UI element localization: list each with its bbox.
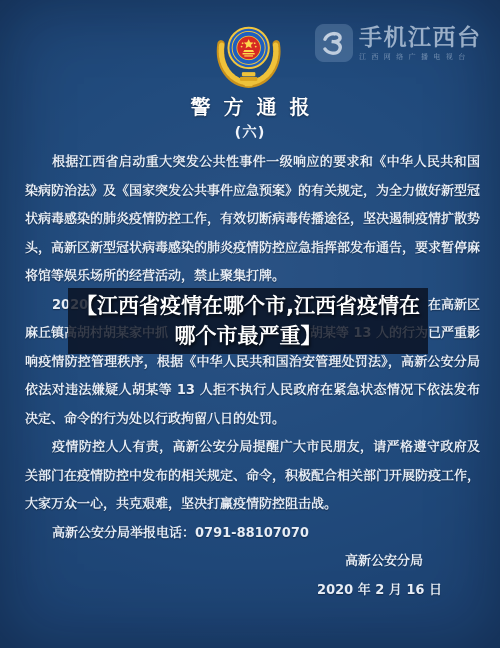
police-notice-image: 手机江西台 江西网络广播电视台 警方通报 (六) 根据江西省启动重大突发公共性事… bbox=[0, 0, 500, 648]
notice-line: 决定、命令的行为处以行政拘留八日的处罚。 bbox=[25, 406, 480, 435]
notice-line: 2020 年 2 月 16 日 bbox=[25, 577, 480, 606]
notice-line: 头，高新区新型冠状病毒感染的肺炎疫情防控应急指挥部发布通告，要求暂停麻 bbox=[25, 235, 480, 264]
broadcaster-watermark: 手机江西台 江西网络广播电视台 bbox=[315, 24, 482, 62]
notice-line: 高新公安分局 bbox=[25, 548, 480, 577]
headline-line2: 哪个市最严重】 bbox=[175, 321, 322, 352]
notice-line: 依法对违法嫌疑人胡某等 13 人拒不执行人民政府在紧急状态情况下依法发布的 bbox=[25, 377, 480, 406]
notice-body: 根据江西省启动重大突发公共性事件一级响应的要求和《中华人民共和国传染病防治法》及… bbox=[25, 149, 480, 605]
notice-line: 状病毒感染的肺炎疫情防控工作，有效切断病毒传播途径，坚决遏制疫情扩散势 bbox=[25, 206, 480, 235]
headline-line1: 【江西省疫情在哪个市,江西省疫情在 bbox=[76, 291, 420, 322]
police-badge-icon bbox=[215, 21, 283, 91]
headline-overlay: 【江西省疫情在哪个市,江西省疫情在 哪个市最严重】 bbox=[68, 288, 428, 354]
notice-line: 疫情防控人人有责，高新公安分局提醒广大市民朋友，请严格遵守政府及相 bbox=[25, 434, 480, 463]
notice-issue-number: (六) bbox=[0, 121, 500, 142]
notice-title: 警方通报 bbox=[0, 91, 500, 120]
notice-line: 大家万众一心，共克艰难，坚决打赢疫情防控阻击战。 bbox=[25, 491, 480, 520]
notice-line: 根据江西省启动重大突发公共性事件一级响应的要求和《中华人民共和国传 bbox=[25, 149, 480, 178]
broadcaster-subtitle: 江西网络广播电视台 bbox=[359, 53, 482, 62]
notice-line: 染病防治法》及《国家突发公共事件应急预案》的有关规定，为全力做好新型冠 bbox=[25, 178, 480, 207]
notice-line-fragment-right: 在高新区 bbox=[428, 292, 480, 321]
broadcaster-name: 手机江西台 bbox=[359, 24, 482, 53]
notice-line: 关部门在疫情防控中发布的相关规定、命令，积极配合相关部门开展防疫工作， bbox=[25, 463, 480, 492]
jxntv-logo-icon bbox=[315, 24, 353, 62]
notice-line: 高新公安分局举报电话：0791-88107070 bbox=[25, 520, 480, 549]
